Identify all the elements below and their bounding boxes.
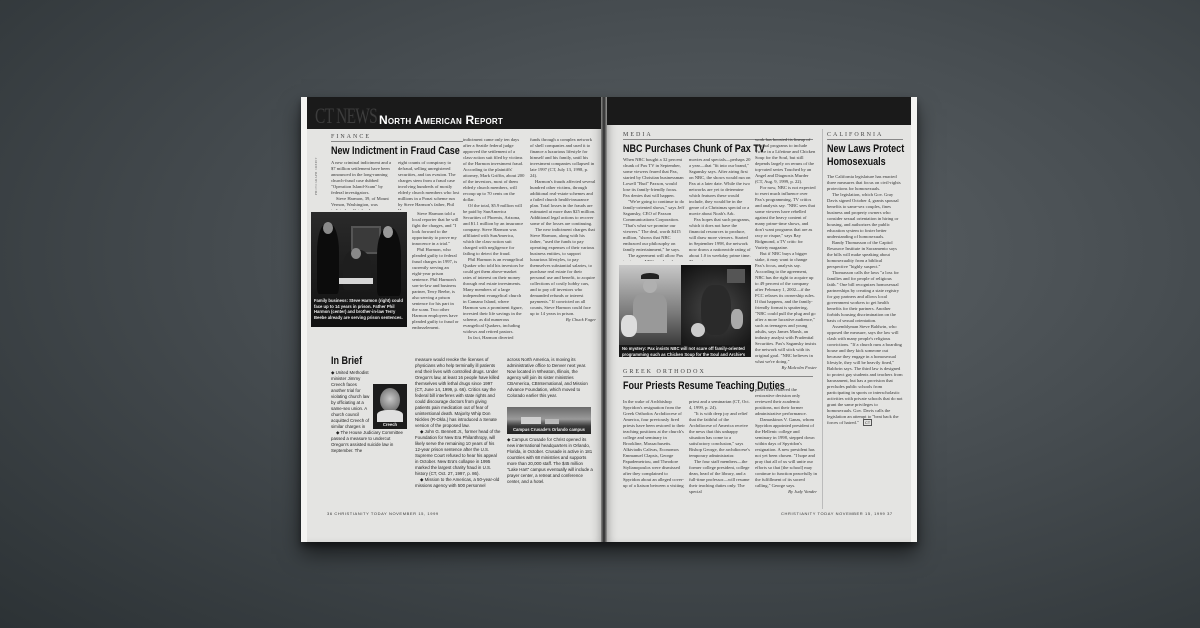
story-column-3: indictment came only ten days after a Se… xyxy=(463,137,525,349)
greek-byline: By Judy Vander xyxy=(755,489,817,495)
nbc-column-2: movies and specials—perhaps 20 a year—th… xyxy=(689,157,751,261)
california-body: The California legislature has enacted t… xyxy=(827,174,903,504)
story-kicker: FINANCE xyxy=(331,134,371,140)
in-brief-heading: In Brief xyxy=(331,355,362,367)
harmon-family-photo: Family business: Steve Harmon (right) co… xyxy=(311,212,407,327)
story-column-2a: eight counts of conspiracy to defraud, s… xyxy=(398,160,460,210)
california-kicker-rule xyxy=(827,139,903,140)
story-column-1: A new criminal indictment and a $7 milli… xyxy=(331,160,393,210)
in-brief-column-3b: ◆ Campus Crusade for Christ opened its n… xyxy=(507,437,593,491)
column-divider xyxy=(822,129,823,509)
california-kicker: CALIFORNIA xyxy=(827,132,883,138)
spine-gutter xyxy=(601,97,607,542)
greek-column-2: priest and a seminarian (CT, Oct. 4, 199… xyxy=(689,399,751,503)
campus-photo: Campus Crusade's Orlando campus xyxy=(507,407,591,434)
right-page: MEDIA NBC Purchases Chunk of Pax TV When… xyxy=(605,97,917,542)
standing-man-left xyxy=(317,224,339,294)
photo-caption: Family business: Steve Harmon (right) co… xyxy=(314,298,406,320)
creech-portrait: Creech xyxy=(373,384,407,429)
greek-column-1: In the wake of Archbishop Spyridon's res… xyxy=(623,399,685,503)
in-brief-column-1b: ◆ The House Judiciary Committee passed a… xyxy=(331,430,409,490)
nbc-column-3: work has boosted its lineup of original … xyxy=(755,137,817,382)
greek-column-3: panel that rendered the restorative deci… xyxy=(755,387,817,503)
pax-tv-photo: No mystery: Pax insists NBC will not sca… xyxy=(619,265,751,357)
archie-mysteries-still xyxy=(681,265,751,345)
nbc-byline: By Malcolm Foster xyxy=(755,365,817,371)
campus-caption: Campus Crusade's Orlando campus xyxy=(507,427,591,433)
story-column-2b: Steve Harmon told a local reporter that … xyxy=(412,211,460,329)
right-page-folio: CHRISTIANITY TODAY NOVEMBER 15, 1999 37 xyxy=(781,511,893,516)
byline: By Chuck Fager xyxy=(530,317,596,323)
left-page: CT NEWS North American Report PHOTOGRAPH… xyxy=(301,97,603,542)
greek-kicker: GREEK ORTHODOX xyxy=(623,369,706,375)
chicken-soup-still xyxy=(619,265,681,345)
story-column-4: funds through a complex network of shell… xyxy=(530,137,596,349)
ct-news-logo: CT NEWS xyxy=(315,103,377,129)
right-banner xyxy=(605,97,911,125)
in-brief-column-1a: ◆ United Methodist minister Jimmy Creech… xyxy=(331,370,371,430)
section-banner: CT NEWS North American Report xyxy=(307,97,603,129)
magazine-spread: CT NEWS North American Report PHOTOGRAPH… xyxy=(301,97,917,542)
nbc-headline: NBC Purchases Chunk of Pax TV xyxy=(623,143,765,155)
nbc-kicker: MEDIA xyxy=(623,132,653,138)
standing-man-right xyxy=(377,228,401,296)
photo-credit: PHOTOGRAPH CREDIT xyxy=(315,153,318,195)
creech-caption: Creech xyxy=(373,422,407,428)
section-title: North American Report xyxy=(379,113,503,127)
kicker-rule xyxy=(331,141,463,142)
in-brief-column-3a: across North America, is moving its admi… xyxy=(507,357,593,403)
california-headline: New Laws Protect Homosexuals xyxy=(827,143,904,169)
story-headline: New Indictment in Fraud Case xyxy=(331,145,460,157)
pax-photo-caption: No mystery: Pax insists NBC will not sca… xyxy=(622,346,748,357)
ct-end-mark: CT xyxy=(863,419,872,426)
in-brief-column-2: measure would revoke the licenses of phy… xyxy=(415,357,501,497)
nbc-column-1: When NBC bought a 32 percent chunk of Pa… xyxy=(623,157,685,261)
greek-kicker-rule xyxy=(623,376,813,377)
left-page-folio: 36 CHRISTIANITY TODAY NOVEMBER 15, 1999 xyxy=(327,511,439,516)
